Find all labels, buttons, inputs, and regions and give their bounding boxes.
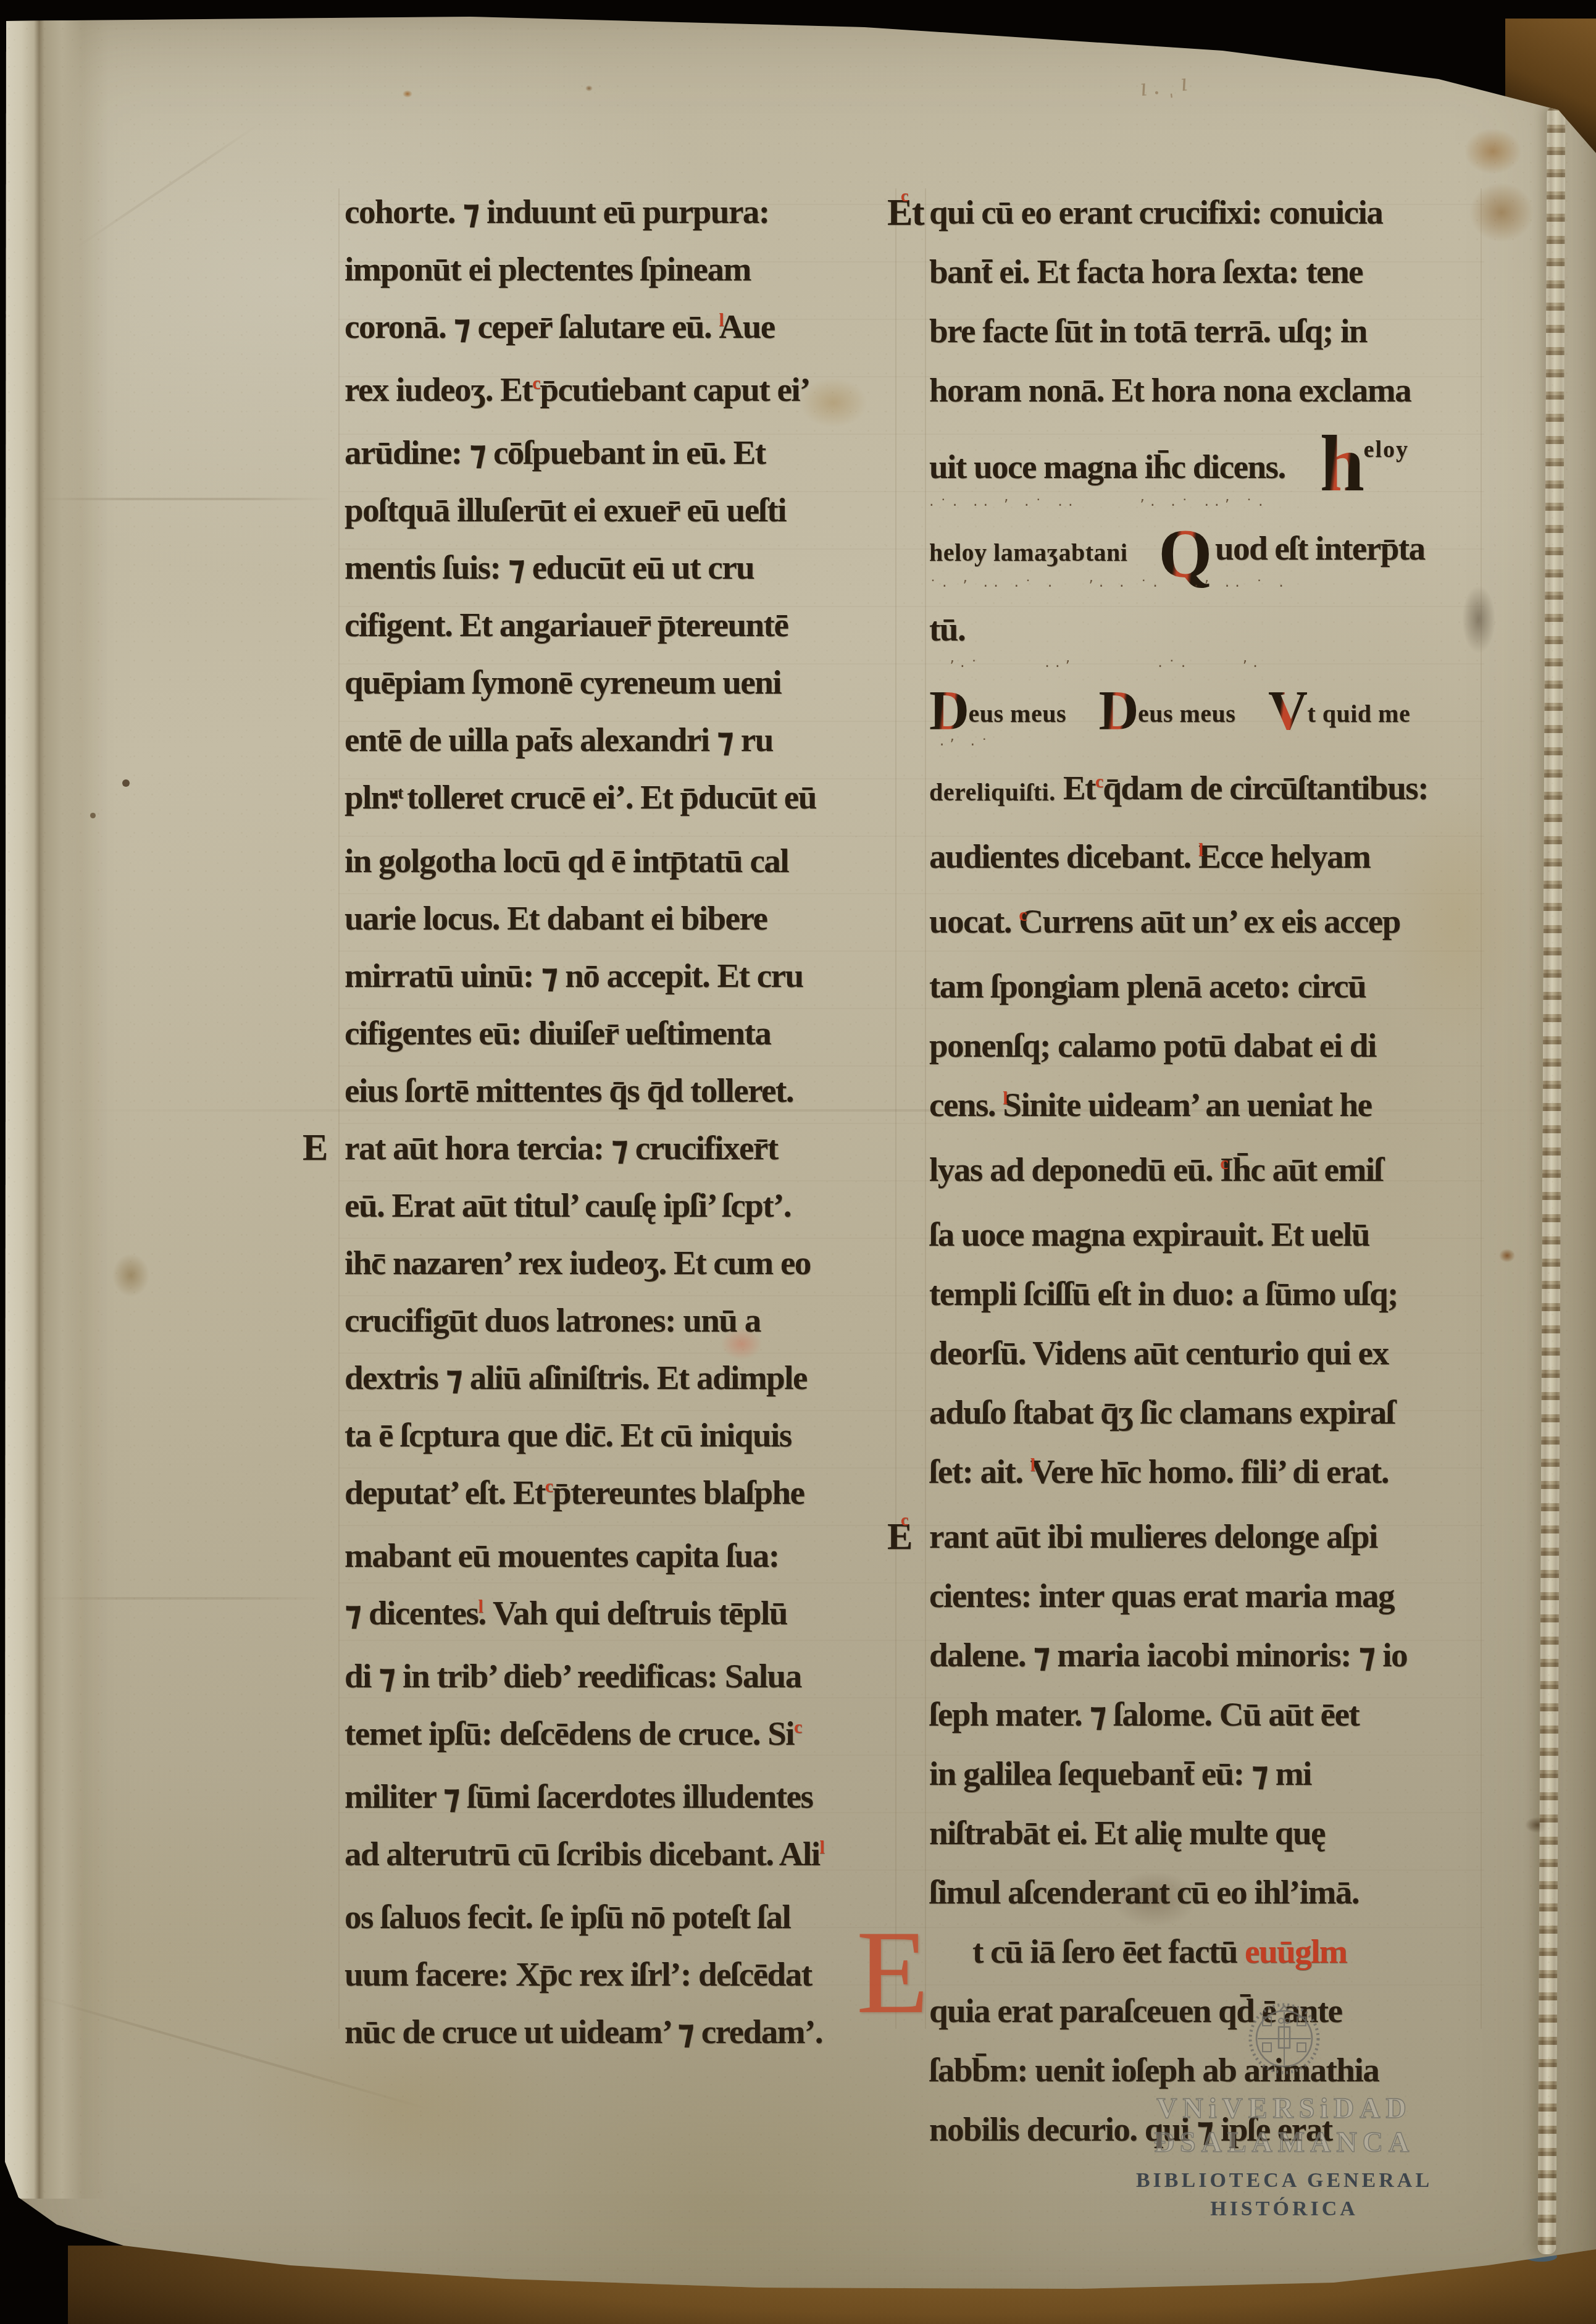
- manuscript-line: cientes: inter quas erat maria mag: [929, 1566, 1488, 1626]
- text-run: Aue: [719, 308, 774, 345]
- text-run: uit uoce magna ih̄c dicens.: [929, 448, 1285, 485]
- text-run: cohorte. ⁊ induunt eū purpura:: [345, 193, 769, 230]
- manuscript-line: entē de uilla pat̄s alexandri ⁊ ru: [345, 711, 894, 768]
- manuscript-line: niſtrabāt ei. Et alię multe quę: [929, 1803, 1488, 1863]
- watermark-university-name: VNiVERSiDAD: [1087, 2091, 1482, 2125]
- manuscript-line: imponūt ei plectentes ſpineam: [345, 240, 894, 298]
- illuminated-initial-e: E: [856, 1913, 928, 2032]
- manuscript-line: os ſaluos fecit. ſe ipſū nō poteſt ſal: [345, 1888, 894, 1945]
- chant-text: t quid me: [1307, 700, 1410, 728]
- text-run: di ⁊ in trib’ dieb’ reedificas: Salua: [345, 1657, 801, 1695]
- text-run: cifigentes eū: diuiſer̄ ueſtimenta: [345, 1014, 771, 1052]
- text-run: entē de uilla pat̄s alexandri ⁊ ru: [345, 721, 773, 758]
- manuscript-line: Et cū iā ſero ēet factū euūglm: [929, 1922, 1488, 1981]
- text-run: horam nonā. Et hora nona exclama: [929, 371, 1411, 409]
- manuscript-line: tam ſpongiam plenā aceto: circū: [929, 957, 1488, 1016]
- stain: [1464, 128, 1521, 174]
- stain: [112, 1254, 149, 1297]
- ink-speck: [403, 90, 412, 98]
- text-run: mirratū uinū: ⁊ nō accepit. Et cru: [345, 957, 803, 994]
- text-run: qui cū eo erant crucifixi: conuicia: [929, 193, 1382, 231]
- text-run: mentis ſuis: ⁊ educūt eū ut cru: [345, 548, 754, 586]
- text-run: bre facte ſūt in totā terrā. uſq; in: [929, 312, 1367, 350]
- manuscript-line: dalene. ⁊ maria iacobi minoris: ⁊ io: [929, 1626, 1488, 1685]
- manuscript-line: Ecrant aūt ibi mulieres delonge aſpi: [929, 1507, 1488, 1566]
- manuscript-line: ˙· ’ ·· ·˙ · ’· · ˙· ·’ ·· ˙ ·tū.: [929, 600, 1488, 659]
- manuscript-line: in galilea ſequebant̄ eū: ⁊ mi: [929, 1744, 1488, 1803]
- manuscript-line: Erat aūt hora tercia: ⁊ crucifixer̄t: [345, 1119, 894, 1177]
- manuscript-line: rex iudeoʒ. Etc p̄cutiebant caput ei’: [345, 361, 894, 424]
- text-run: q̄dam de circūſtantibus:: [1095, 769, 1428, 807]
- manuscript-line: mentis ſuis: ⁊ educūt eū ut cru: [345, 539, 894, 596]
- manuscript-line: lyas ad deponedū eū. cIh̄c aūt emiſ: [929, 1140, 1488, 1205]
- chant-text: eus meus: [1138, 700, 1235, 728]
- text-run: cifigent. Et angariauer̄ p̄tereuntē: [345, 606, 788, 644]
- manuscript-line: cifigentes eū: diuiſer̄ ueſtimenta: [345, 1004, 894, 1062]
- text-run: in galilea ſequebant̄ eū: ⁊ mi: [929, 1755, 1311, 1792]
- text-run: poſtquā illuſerūt ei exuer̄ eū ueſti: [345, 491, 786, 529]
- manuscript-line: uarie locus. Et dabant ei bibere: [345, 889, 894, 947]
- manuscript-line: horam nonā. Et hora nona exclama: [929, 361, 1488, 420]
- text-run: ſa uoce magna expirauit. Et uelū: [929, 1215, 1369, 1253]
- ruling-vertical: [925, 188, 926, 2029]
- manuscript-line: Etcqui cū eo erant crucifixi: conuicia: [929, 183, 1488, 242]
- manuscript-line: deputat’ eſt. Etc p̄tereuntes blaſphe: [345, 1464, 894, 1527]
- text-run: ad alterutrū cū ſcribis dicebant. Ali: [345, 1835, 820, 1873]
- university-seal-icon: [1248, 2002, 1321, 2075]
- text-run: tam ſpongiam plenā aceto: circū: [929, 967, 1366, 1005]
- text-run: ihc̄ nazaren’ rex iudeoʒ. Et cum eo: [345, 1244, 811, 1282]
- text-run: eius ſortē mittentes q̄s q̄d tolleret.: [345, 1072, 793, 1109]
- text-run: temet ipſū: deſcēdens de cruce. Si: [345, 1714, 794, 1752]
- ink-speck: [585, 85, 593, 91]
- rubricated-superscript-letter: c: [901, 1491, 908, 1550]
- decorated-initial-cap: V: [1268, 681, 1308, 742]
- text-run: ⁊ dicentes: [345, 1594, 478, 1632]
- manuscript-line: nūc de cruce ut uideam’ ⁊ credam’.: [345, 2003, 894, 2060]
- manuscript-line: di ⁊ in trib’ dieb’ reedificas: Salua: [345, 1647, 894, 1705]
- manuscript-line: ·˙· ·· ’ ·˙ ·· ’· ·˙ ··’ ˙·heloy lamaʒab…: [929, 519, 1488, 581]
- manuscript-line: templi ſciſſū eſt in duo: a ſūmo uſq;: [929, 1264, 1488, 1324]
- manuscript-line: deorſū. Videns aūt centurio qui ex: [929, 1324, 1488, 1383]
- chant-text: [1235, 700, 1268, 728]
- rubricated-superscript-letter: c: [901, 167, 908, 226]
- text-run: pln: [345, 778, 389, 816]
- manuscript-line: ad alterutrū cū ſcribis dicebant. Alil: [345, 1825, 894, 1888]
- stain: [1499, 1249, 1515, 1262]
- manuscript-line: poſtquā illuſerūt ei exuer̄ eū ueſti: [345, 481, 894, 539]
- text-run: deorſū. Videns aūt centurio qui ex: [929, 1334, 1389, 1372]
- text-run: ſeph mater. ⁊ ſalome. Cū aūt ēet: [929, 1695, 1359, 1733]
- chant-text: eus meus: [969, 700, 1066, 728]
- chant-text: [1127, 539, 1153, 566]
- text-run: Ecce helyam: [1198, 837, 1370, 875]
- crease: [37, 1597, 327, 1600]
- text-run: coronā. ⁊ ceper̄ ſalutare eū.: [345, 308, 719, 345]
- text-column-left: cohorte. ⁊ induunt eū purpura:imponūt ei…: [345, 183, 894, 2060]
- manuscript-line: militer ⁊ ſūmi ſacerdotes illudentes: [345, 1768, 894, 1825]
- text-run: Sinite uideam’ an ueniat he: [1003, 1086, 1371, 1123]
- text-run: deputat’ eſt. Et: [345, 1474, 545, 1511]
- text-run: : tolleret crucē ei’. Et p̄ducūt eū: [389, 778, 816, 816]
- manuscript-line: crucifigūt duos latrones: unū a: [345, 1291, 894, 1349]
- manuscript-line: audientes dicebant. lEcce helyam: [929, 827, 1488, 892]
- watermark-library-name: BIBLIOTECA GENERAL HISTÓRICA: [1087, 2167, 1482, 2223]
- manuscript-line: mabant eū mouentes capita ſua:: [345, 1527, 894, 1584]
- text-run: ta ē ſcptura que dic̄. Et cū iniquis: [345, 1416, 792, 1454]
- text-run: Et: [1056, 769, 1095, 807]
- ink-speck: [90, 813, 96, 818]
- chant-text: heloy lamaʒabtani: [929, 539, 1127, 566]
- text-run: rant aūt ibi mulieres delonge aſpi: [929, 1517, 1377, 1555]
- text-run: Currens aūt un’ ex eis accep: [1019, 902, 1400, 940]
- text-run: uarie locus. Et dabant ei bibere: [345, 899, 767, 937]
- chant-text: [1066, 700, 1099, 728]
- manuscript-line: ſeph mater. ⁊ ſalome. Cū aūt ēet: [929, 1685, 1488, 1744]
- manuscript-line: cifigent. Et angariauer̄ p̄tereuntē: [345, 596, 894, 653]
- decorated-initial-cap: D: [1098, 681, 1138, 742]
- manuscript-line: ⁊ dicentesl. Vah qui deſtruis tēplū: [345, 1584, 894, 1647]
- chant-word: eloy: [1364, 437, 1409, 463]
- text-run: os ſaluos fecit. ſe ipſū nō poteſt ſal: [345, 1898, 790, 1936]
- manuscript-line: ·’ ·˙dereliquiſti. Etc q̄dam de circūſta…: [929, 758, 1488, 823]
- manuscript-line: ta ē ſcptura que dic̄. Et cū iniquis: [345, 1406, 894, 1464]
- text-run: aduſo ſtabat q̄ʒ ſic clamans expiraſ: [929, 1393, 1394, 1431]
- manuscript-line: arūdine: ⁊ cōſpuebant in eū. Et: [345, 424, 894, 481]
- text-run: . Vah qui deſtruis tēplū: [478, 1594, 787, 1632]
- manuscript-line: ſet: ait. lVere hīc homo. fili’ di erat.: [929, 1442, 1488, 1507]
- text-run: mabant eū mouentes capita ſua:: [345, 1537, 779, 1574]
- manuscript-line: uocat. cCurrens aūt un’ ex eis accep: [929, 892, 1488, 957]
- text-run: uocat.: [929, 902, 1019, 940]
- text-run: militer ⁊ ſūmi ſacerdotes illudentes: [345, 1777, 813, 1815]
- manuscript-line: quēpiam ſymonē cyreneum ueni: [345, 653, 894, 711]
- manuscript-line: ihc̄ nazaren’ rex iudeoʒ. Et cum eo: [345, 1234, 894, 1291]
- text-run: rex iudeoʒ. Et: [345, 371, 532, 408]
- parchment-folio: ı.ˌı cohorte. ⁊ induunt eū purpura:impon…: [0, 0, 1596, 2324]
- text-column-right: Etcqui cū eo erant crucifixi: conuiciaba…: [929, 183, 1488, 2159]
- text-run: p̄tereuntes blaſphe: [545, 1474, 804, 1511]
- manuscript-line: ponenſq; calamo potū dabat ei di: [929, 1016, 1488, 1075]
- manuscript-line: plnut: tolleret crucē ei’. Et p̄ducūt eū: [345, 768, 894, 832]
- margin-initial-letter: E: [303, 1119, 327, 1177]
- text-run: crucifigūt duos latrones: unū a: [345, 1301, 761, 1339]
- folio-annotation: ı.ˌı: [1139, 69, 1195, 101]
- crease: [37, 498, 333, 500]
- text-run: imponūt ei plectentes ſpineam: [345, 250, 751, 288]
- text-run: uod eſt interp̄ta: [1215, 529, 1425, 567]
- text-run: ſimul aſcenderant cū eo ihl’imā.: [929, 1873, 1359, 1911]
- text-run: cens.: [929, 1086, 1003, 1123]
- text-run: ſet: ait.: [929, 1453, 1030, 1490]
- neume-notation: ·’ ·˙: [929, 737, 993, 752]
- text-run: rat aūt hora tercia: ⁊ crucifixer̄t: [345, 1129, 778, 1167]
- manuscript-line: ’·˙ ··’ ·˙· ’·Deus meus Deus meus Vt qui…: [929, 680, 1488, 742]
- manuscript-line: ſa uoce magna expirauit. Et uelū: [929, 1205, 1488, 1264]
- binding-gutter: [5, 17, 109, 2199]
- manuscript-line: aduſo ſtabat q̄ʒ ſic clamans expiraſ: [929, 1383, 1488, 1442]
- chant-text: dereliquiſti.: [929, 778, 1056, 806]
- manuscript-line: cohorte. ⁊ induunt eū purpura:: [345, 183, 894, 240]
- manuscript-line: bant̄ ei. Et facta hora ſexta: tene: [929, 242, 1488, 301]
- text-run: ponenſq; calamo potū dabat ei di: [929, 1026, 1376, 1064]
- neume-notation: ˙· ’ ·· ·˙ · ’· · ˙· ·’ ·· ˙ ·: [929, 579, 1289, 594]
- parchment-repair-stitch: [1537, 106, 1565, 2254]
- text-run: tū.: [929, 610, 965, 648]
- manuscript-line: eū. Erat aūt titul’ cauſę ipſi’ ſcpt’.: [345, 1177, 894, 1234]
- manuscript-line: temet ipſū: deſcēdens de cruce. Sic: [345, 1705, 894, 1768]
- text-run: nūc de cruce ut uideam’ ⁊ credam’.: [345, 2013, 822, 2050]
- text-run: templi ſciſſū eſt in duo: a ſūmo uſq;: [929, 1275, 1398, 1312]
- text-run: arūdine: ⁊ cōſpuebant in eū. Et: [345, 434, 766, 471]
- ruling-vertical: [895, 188, 896, 2029]
- manuscript-line: bre facte ſūt in totā terrā. uſq; in: [929, 301, 1488, 361]
- text-run: in golgotha locū qd ē intp̄tatū cal: [345, 842, 788, 879]
- manuscript-line: coronā. ⁊ ceper̄ ſalutare eū. lAue: [345, 298, 894, 361]
- text-run: bant̄ ei. Et facta hora ſexta: tene: [929, 253, 1363, 290]
- text-run: audientes dicebant.: [929, 837, 1198, 875]
- manuscript-line: cens. lSinite uideam’ an ueniat he: [929, 1075, 1488, 1140]
- text-run: dalene. ⁊ maria iacobi minoris: ⁊ io: [929, 1636, 1407, 1674]
- manuscript-line: in golgotha locū qd ē intp̄tatū cal: [345, 832, 894, 889]
- manuscript-photo: ı.ˌı cohorte. ⁊ induunt eū purpura:impon…: [0, 0, 1596, 2324]
- neume-notation: ’·˙ ··’ ·˙· ’·: [929, 659, 1263, 674]
- neume-notation: ·˙· ·· ’ ·˙ ·· ’· ·˙ ··’ ˙·: [929, 498, 1269, 513]
- watermark-university-name-2: ÐSALAMANCA: [1087, 2125, 1482, 2159]
- text-run: p̄cutiebant caput ei’: [532, 371, 810, 408]
- rubric-red-text: euūglm: [1245, 1932, 1347, 1970]
- manuscript-line: eius ſortē mittentes q̄s q̄d tolleret.: [345, 1062, 894, 1119]
- decorated-initial-h: h: [1320, 419, 1364, 508]
- text-run: Vere hīc homo. fili’ di erat.: [1030, 1453, 1389, 1490]
- text-run: lyas ad deponedū eū.: [929, 1151, 1220, 1188]
- ruling-vertical: [338, 188, 340, 2029]
- manuscript-line: mirratū uinū: ⁊ nō accepit. Et cru: [345, 947, 894, 1004]
- text-run: niſtrabāt ei. Et alię multe quę: [929, 1814, 1325, 1852]
- manuscript-line: ſimul aſcenderant cū eo ihl’imā.: [929, 1863, 1488, 1922]
- text-run: cientes: inter quas erat maria mag: [929, 1577, 1394, 1614]
- text-run: dextris ⁊ aliū aſiniſtris. Et adimple: [345, 1359, 807, 1396]
- text-run: t cū iā ſero ēet factū: [972, 1932, 1245, 1970]
- decorated-initial-cap: D: [929, 681, 969, 742]
- ink-speck: [122, 779, 130, 787]
- library-watermark: VNiVERSiDAD ÐSALAMANCA BIBLIOTECA GENERA…: [1087, 2002, 1482, 2223]
- manuscript-line: dextris ⁊ aliū aſiniſtris. Et adimple: [345, 1349, 894, 1406]
- margin-initial-letter: E: [887, 1507, 912, 1566]
- manuscript-line: uit uoce magna ih̄c dicens.heloy: [929, 420, 1488, 497]
- text-run: uum facere: Xp̄c rex iſrl’: deſcēdat: [345, 1955, 811, 1993]
- manuscript-line: uum facere: Xp̄c rex iſrl’: deſcēdat: [345, 1945, 894, 2003]
- text-run: quēpiam ſymonē cyreneum ueni: [345, 663, 781, 701]
- text-run: Ih̄c aūt emiſ: [1220, 1151, 1382, 1188]
- text-run: eū. Erat aūt titul’ cauſę ipſi’ ſcpt’.: [345, 1186, 791, 1224]
